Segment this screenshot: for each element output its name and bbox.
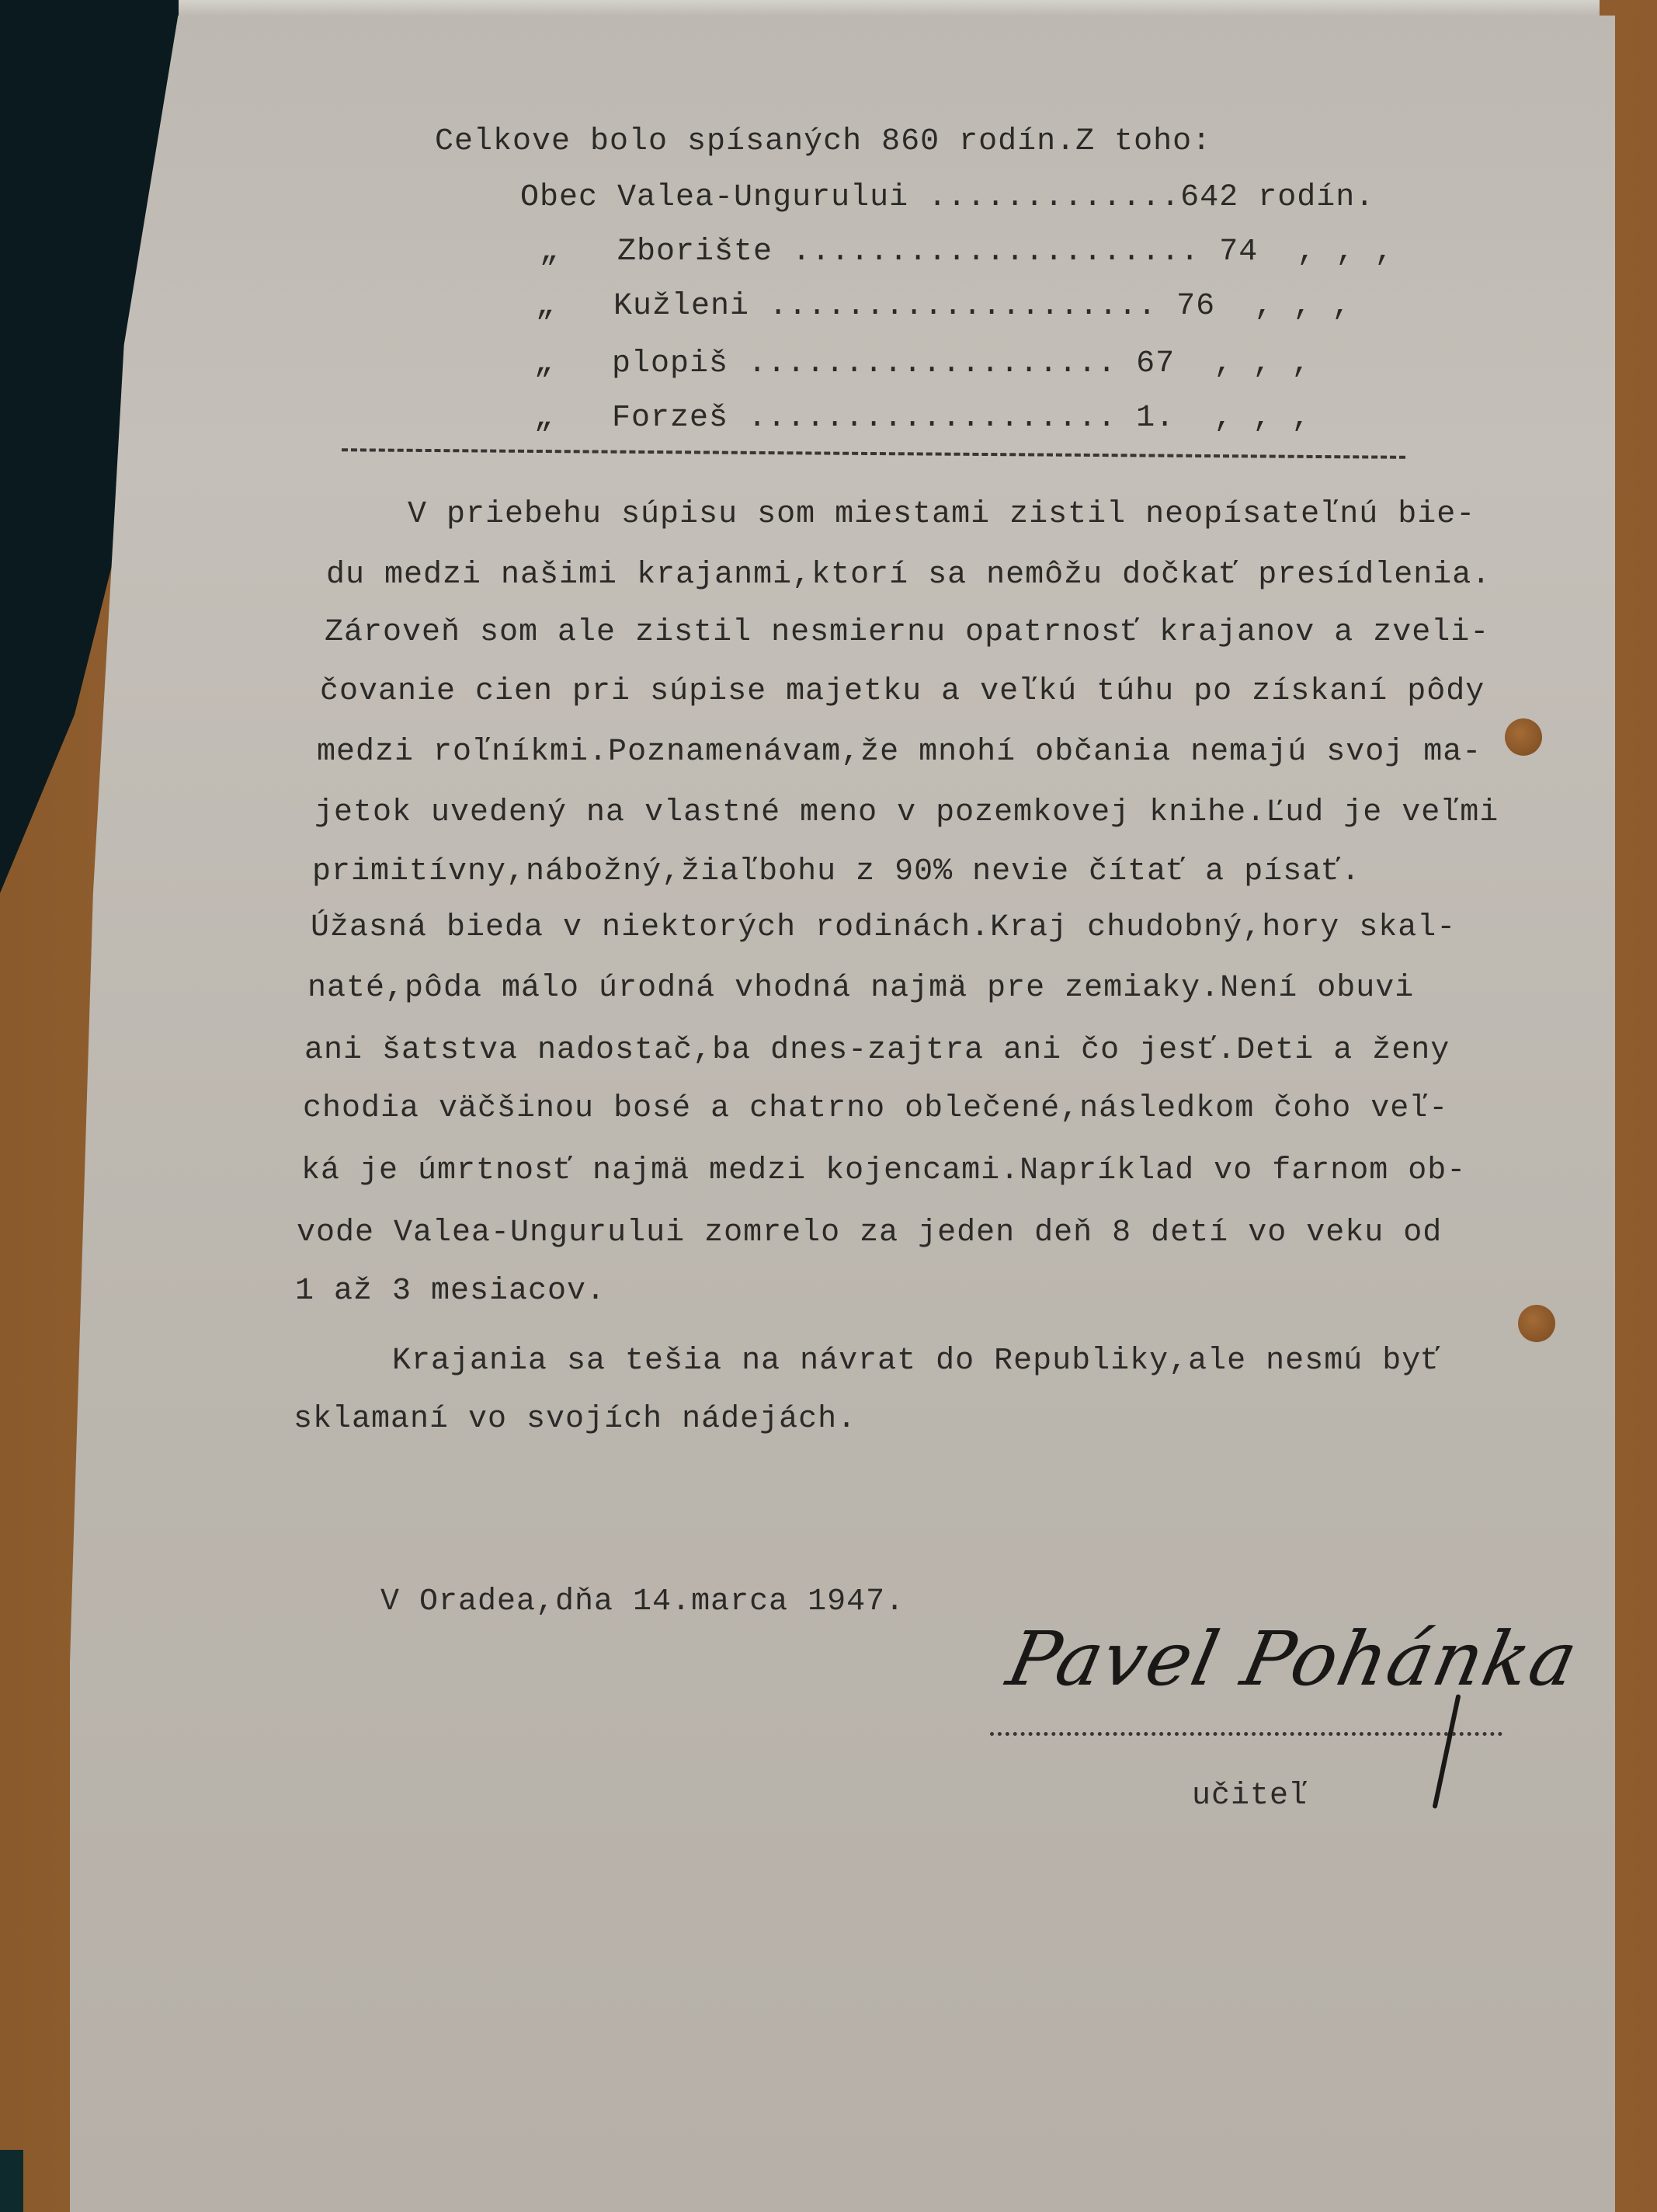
- paragraph-line: jetok uvedený na vlastné meno v pozemkov…: [314, 795, 1499, 830]
- village-row: „ Kužleni .................... 76 , , ,: [536, 289, 1351, 324]
- village-count: 76: [1176, 289, 1215, 324]
- village-count: 67: [1136, 346, 1175, 381]
- paragraph-line: V priebehu súpisu som miestami zistil ne…: [408, 497, 1475, 532]
- village-prefix: „: [534, 401, 554, 436]
- village-name: plopiš: [612, 346, 728, 381]
- village-unit: , , ,: [1297, 235, 1394, 270]
- paragraph-line: Zároveň som ale zistil nesmiernu opatrno…: [325, 615, 1489, 650]
- village-count: 74: [1219, 235, 1258, 270]
- village-dots: .............: [928, 180, 1180, 215]
- village-unit: , , ,: [1254, 289, 1351, 324]
- village-prefix: „: [536, 289, 555, 324]
- paragraph-line: naté,pôda málo úrodná vhodná najmä pre z…: [307, 971, 1414, 1006]
- signature-flourish: [1432, 1694, 1461, 1809]
- village-row: Obec Valea-Ungurului .............642 ro…: [520, 180, 1374, 215]
- place-date: V Oradea,dňa 14.marca 1947.: [380, 1584, 905, 1619]
- village-prefix: „: [534, 346, 554, 381]
- signature-dotted-line: [990, 1732, 1502, 1736]
- paragraph-line: vode Valea-Ungurului zomrelo za jeden de…: [297, 1216, 1442, 1250]
- handwritten-signature: Pavel Pohánka: [1000, 1616, 1586, 1702]
- dashed-separator: [342, 448, 1405, 459]
- village-unit: , , ,: [1214, 401, 1311, 436]
- village-dots: ....................: [769, 289, 1157, 324]
- paragraph-line: chodia väčšinou bosé a chatrno oblečené,…: [303, 1091, 1448, 1126]
- typewritten-document: Celkove bolo spísaných 860 rodín.Z toho:…: [0, 0, 1657, 2212]
- paragraph-line: čovanie cien pri súpise majetku a veľkú …: [320, 674, 1485, 709]
- village-row: „ plopiš ................... 67 , , ,: [534, 346, 1311, 381]
- paragraph-line: ani šatstva nadostač,ba dnes-zajtra ani …: [304, 1033, 1450, 1068]
- paragraph-line: ká je úmrtnosť najmä medzi kojencami.Nap…: [301, 1153, 1466, 1188]
- intro-line: Celkove bolo spísaných 860 rodín.Z toho:: [435, 124, 1211, 159]
- village-prefix: „: [540, 235, 559, 270]
- paragraph-line: sklamaní vo svojích nádejách.: [294, 1402, 856, 1437]
- paragraph-line: medzi roľníkmi.Poznamenávam,že mnohí obč…: [317, 735, 1482, 770]
- paragraph-line: 1 až 3 mesiacov.: [295, 1274, 606, 1309]
- village-name: Kužleni: [613, 289, 749, 324]
- village-dots: ...................: [748, 401, 1117, 436]
- village-count: 642: [1180, 180, 1238, 215]
- village-unit: rodín.: [1258, 180, 1374, 215]
- village-row: „ Zborište ..................... 74 , , …: [540, 235, 1394, 270]
- village-prefix: Obec: [520, 180, 598, 215]
- village-row: „ Forzeš ................... 1. , , ,: [534, 401, 1311, 436]
- village-name: Valea-Ungurului: [617, 180, 908, 215]
- village-dots: .....................: [792, 235, 1200, 270]
- village-dots: ...................: [748, 346, 1117, 381]
- village-unit: , , ,: [1214, 346, 1311, 381]
- village-name: Zborište: [617, 235, 773, 270]
- paragraph-line: Úžasná bieda v niektorých rodinách.Kraj …: [311, 910, 1456, 945]
- signatory-title: učiteľ: [1192, 1779, 1308, 1814]
- paragraph-line: primitívny,nábožný,žiaľbohu z 90% nevie …: [312, 854, 1360, 889]
- paragraph-line: Krajania sa tešia na návrat do Republiky…: [392, 1344, 1440, 1379]
- village-name: Forzeš: [612, 401, 728, 436]
- paragraph-line: du medzi našimi krajanmi,ktorí sa nemôžu…: [326, 558, 1491, 593]
- village-count: 1.: [1136, 401, 1175, 436]
